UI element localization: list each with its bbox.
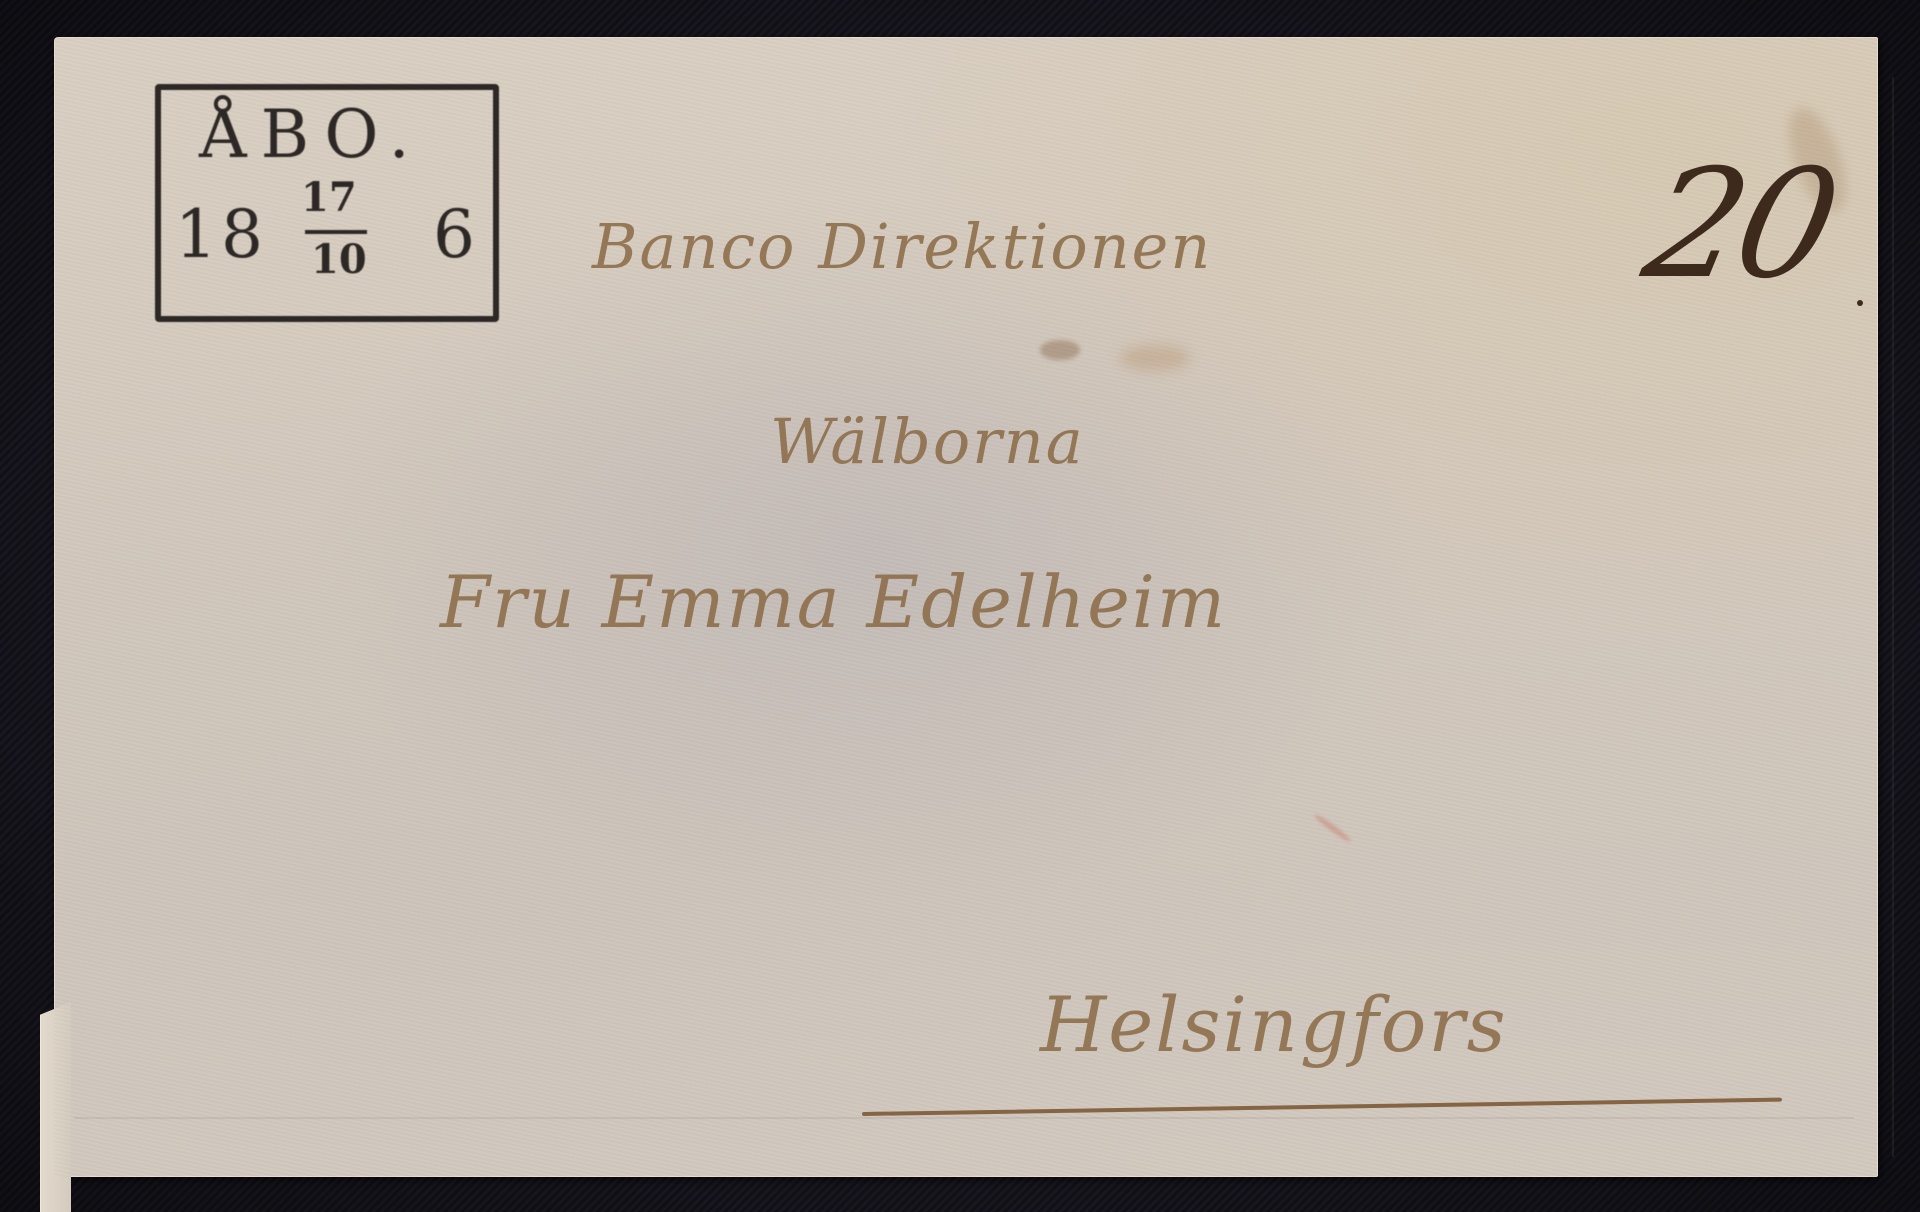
ink-blot bbox=[1120, 345, 1190, 371]
postmark-date-divider bbox=[305, 230, 367, 234]
postmark-day: 17 bbox=[301, 178, 357, 218]
address-line-name: Fru Emma Edelheim bbox=[440, 560, 1227, 644]
address-line-addressee: Banco Direktionen bbox=[592, 210, 1212, 283]
address-line-city: Helsingfors bbox=[1040, 980, 1508, 1069]
folded-flap-edge bbox=[40, 1002, 71, 1212]
postmark-year-prefix: 18 bbox=[175, 202, 267, 268]
paper-crease bbox=[1892, 77, 1894, 1157]
postmark-month: 10 bbox=[311, 240, 367, 280]
manuscript-rate-marking: 20 bbox=[1634, 150, 1845, 300]
paper-crease bbox=[74, 1117, 1854, 1119]
postmark-town: ÅBO. bbox=[199, 102, 424, 168]
postmark-year-suffix: 6 bbox=[433, 202, 475, 268]
address-line-honorific: Wälborna bbox=[770, 405, 1085, 478]
ink-blot bbox=[1040, 340, 1080, 360]
boxed-postmark: ÅBO. 18 17 10 6 bbox=[155, 84, 499, 322]
rate-marking-dot bbox=[1857, 300, 1863, 306]
